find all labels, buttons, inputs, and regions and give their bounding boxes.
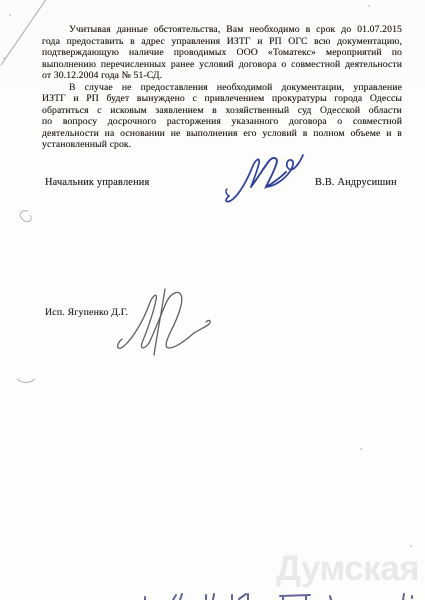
executor-signature xyxy=(108,283,218,361)
paper-speck xyxy=(9,14,11,16)
paragraph2-line: ИЗТГ и РП будет вынуждено с привлечением… xyxy=(42,93,402,105)
scan-smudge xyxy=(16,206,42,232)
scan-smudge xyxy=(14,376,40,388)
paragraph1-line: подтверждающую наличие проводимых ООО «Т… xyxy=(42,47,402,59)
letter-body: Учитывая данные обстоятельства, Вам необ… xyxy=(42,24,402,151)
signatory-title: Начальник управления xyxy=(45,177,149,188)
paper-speck xyxy=(360,448,362,450)
scanned-letter-page: Учитывая данные обстоятельства, Вам необ… xyxy=(0,0,425,600)
dumskaya-watermark: Думская xyxy=(276,549,419,589)
director-signature xyxy=(215,150,310,208)
paragraph2-line: В случае не предоставления необходимой д… xyxy=(42,82,402,94)
paper-speck xyxy=(3,57,5,59)
signatory-name: В.В. Андрусишин xyxy=(315,177,397,188)
paragraph1-line: года предоставить в адрес управления ИЗТ… xyxy=(42,36,402,48)
paragraph2-line: деятельности на основании не выполнения … xyxy=(42,128,402,140)
paragraph1-line: от 30.12.2004 года № 51-СД. xyxy=(42,70,402,82)
paragraph2-line: по вопросу досрочного расторжения указан… xyxy=(42,116,402,128)
paragraph1-line: Учитывая данные обстоятельства, Вам необ… xyxy=(42,24,402,36)
paragraph2-line: обратиться с исковым заявлением в хозяйс… xyxy=(42,105,402,117)
paragraph1-line: выполнению перечисленных ранее условий д… xyxy=(42,59,402,71)
paper-speck xyxy=(410,545,412,547)
paper-speck xyxy=(368,5,370,7)
cutoff-text-bottom xyxy=(0,591,425,600)
